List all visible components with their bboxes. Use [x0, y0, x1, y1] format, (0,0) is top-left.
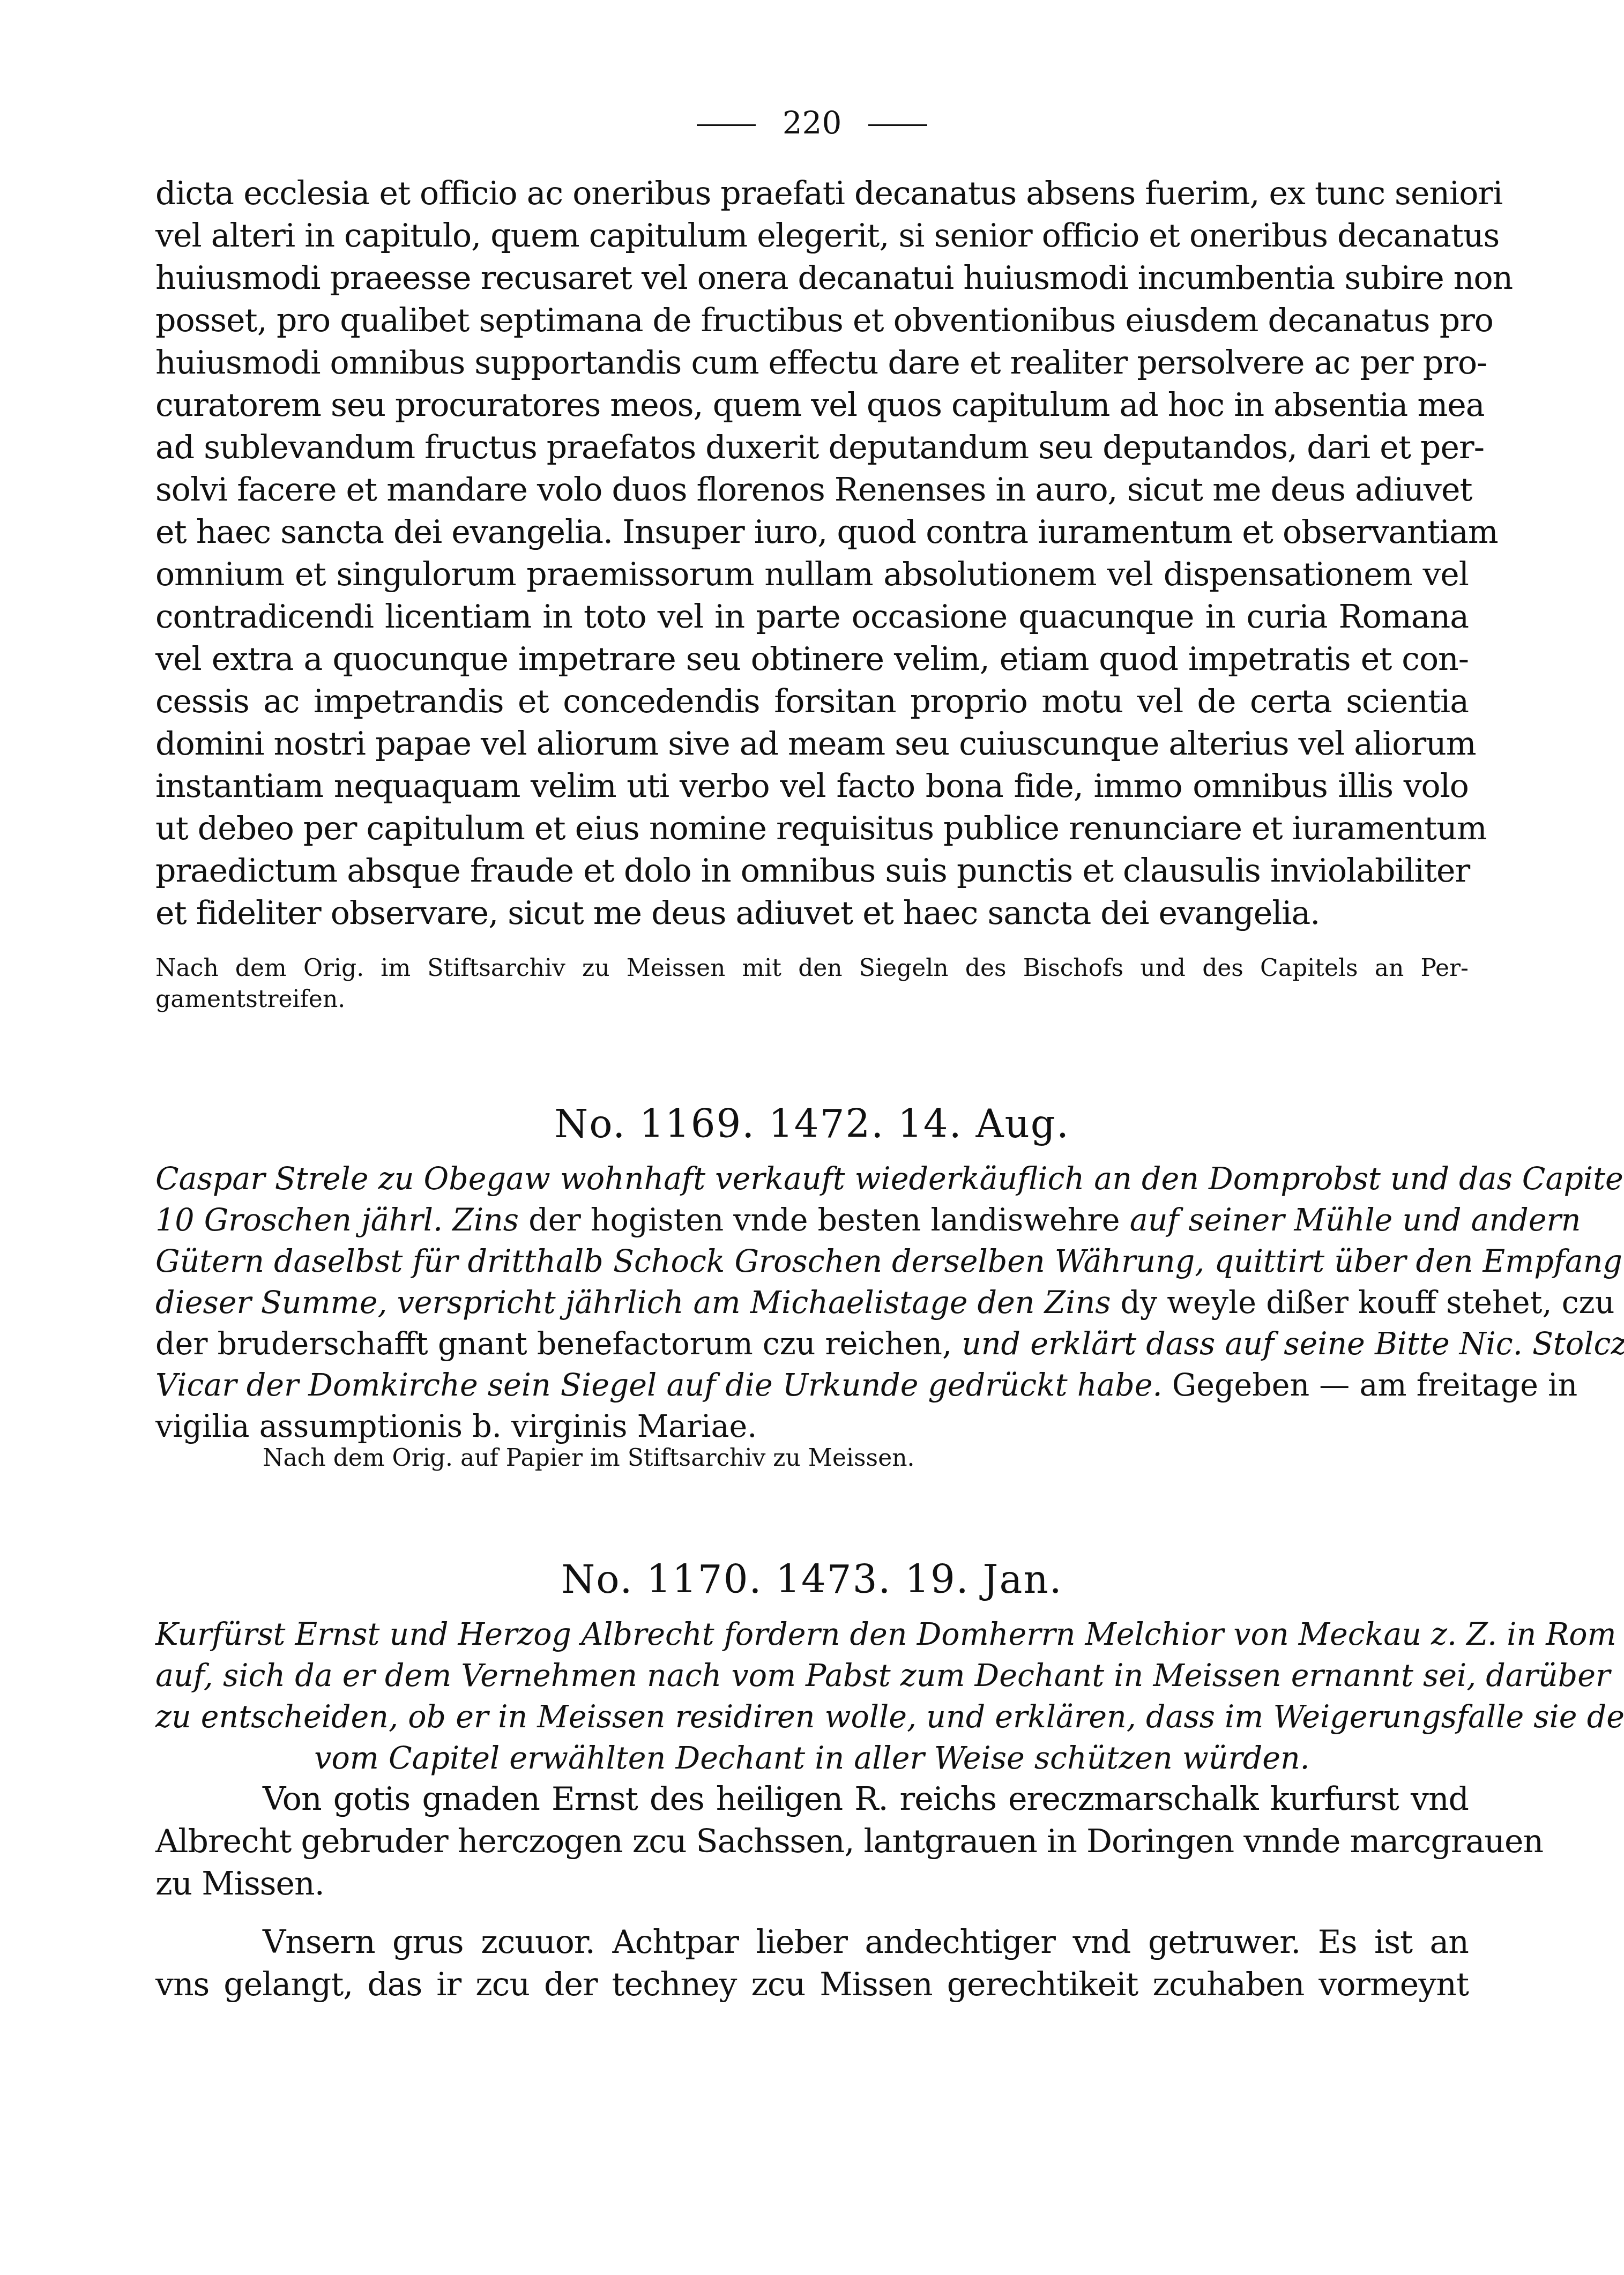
source-note-line: Nach dem Orig. im Stiftsarchiv zu Meisse… [48, 953, 1469, 984]
text-line: huiusmodi praeesse recusaret vel onera d… [155, 257, 1469, 300]
summary-line: dieser Summe, verspricht jährlich am Mic… [155, 1282, 1469, 1324]
summary-line: zu entscheiden, ob er in Meissen residir… [155, 1697, 1469, 1738]
text-line: Von gotis gnaden Ernst des heiligen R. r… [155, 1778, 1469, 1821]
text-line: curatorem seu procuratores meos, quem ve… [155, 384, 1469, 427]
summary-line: vom Capitel erwählten Dechant in aller W… [155, 1738, 1469, 1779]
page-number-text: 220 [783, 105, 842, 141]
summary-italic: Vicar der Domkirche sein Siegel auf die … [155, 1368, 1163, 1403]
document-summary-1170: Kurfürst Ernst und Herzog Albrecht forde… [155, 1614, 1469, 1779]
summary-italic: 10 Groschen jährl. Zins [155, 1203, 519, 1238]
text-line: Albrecht gebruder herczogen zcu Sachssen… [155, 1821, 1469, 1863]
text-line: contradicendi licentiam in toto vel in p… [155, 596, 1469, 638]
page-number: 220 [155, 105, 1469, 141]
summary-italic: auf seiner Mühle und andern [1130, 1203, 1581, 1238]
text-line: ut debeo per capitulum et eius nomine re… [155, 808, 1469, 850]
text-line: cessis ac impetrandis et concedendis for… [155, 681, 1469, 723]
summary-line: vigilia assumptionis b. virginis Mariae. [155, 1406, 1469, 1448]
summary-line: Kurfürst Ernst und Herzog Albrecht forde… [155, 1614, 1469, 1655]
text-line: huiusmodi omnibus supportandis cum effec… [155, 342, 1469, 384]
summary-roman: Gegeben — am freitage in [1163, 1368, 1577, 1403]
summary-line: 10 Groschen jährl. Zins der hogisten vnd… [155, 1200, 1469, 1241]
summary-line: Vicar der Domkirche sein Siegel auf die … [155, 1365, 1469, 1406]
text-line: omnium et singulorum praemissorum nullam… [155, 554, 1469, 596]
document-heading-1170: No. 1170. 1473. 19. Jan. [155, 1557, 1469, 1602]
text-line: vns gelangt, das ir zcu der techney zcu … [155, 1964, 1469, 2006]
text-line: dicta ecclesia et officio ac oneribus pr… [155, 173, 1469, 215]
summary-italic: dieser Summe, verspricht jährlich am Mic… [155, 1285, 1111, 1321]
summary-italic: und erklärt dass auf seine Bitte Nic. St… [962, 1326, 1624, 1362]
source-note-line: gamentstreifen. [155, 984, 1469, 1015]
page-number-dash-right [868, 124, 927, 126]
text-line: Vnsern grus zcuuor. Achtpar lieber andec… [155, 1921, 1469, 1964]
summary-line: Caspar Strele zu Obegaw wohnhaft verkauf… [155, 1159, 1469, 1200]
text-line: domini nostri papae vel aliorum sive ad … [155, 723, 1469, 765]
text-line: instantiam nequaquam velim uti verbo vel… [155, 765, 1469, 808]
source-note-1169: Nach dem Orig. auf Papier im Stiftsarchi… [155, 1443, 1469, 1474]
document-summary-1169: Caspar Strele zu Obegaw wohnhaft verkauf… [155, 1159, 1469, 1448]
summary-roman: der bruderschafft gnant benefactorum czu… [155, 1326, 962, 1362]
summary-line: der bruderschafft gnant benefactorum czu… [155, 1324, 1469, 1365]
text-line: solvi facere et mandare volo duos floren… [155, 469, 1469, 511]
text-line: vel alteri in capitulo, quem capitulum e… [155, 215, 1469, 257]
source-note-1168: Nach dem Orig. im Stiftsarchiv zu Meisse… [155, 953, 1469, 1015]
document-heading-1169: No. 1169. 1472. 14. Aug. [155, 1101, 1469, 1146]
text-line: ad sublevandum fructus praefatos duxerit… [155, 427, 1469, 469]
summary-line: Gütern daselbst für dritthalb Schock Gro… [155, 1241, 1469, 1282]
text-line: praedictum absque fraude et dolo in omni… [155, 850, 1469, 892]
text-line: et fideliter observare, sicut me deus ad… [155, 892, 1469, 935]
continuation-text: dicta ecclesia et officio ac oneribus pr… [155, 173, 1469, 935]
text-line: posset, pro qualibet septimana de fructi… [155, 300, 1469, 342]
summary-roman: der hogisten vnde besten landiswehre [519, 1203, 1130, 1238]
text-line: et haec sancta dei evangelia. Insuper iu… [155, 511, 1469, 554]
summary-roman: dy weyle dißer kouff stehet, czu [1111, 1285, 1614, 1321]
text-line: zu Missen. [155, 1863, 1469, 1905]
text-line: vel extra a quocunque impetrare seu obti… [155, 638, 1469, 681]
page-number-dash-left [697, 124, 756, 126]
summary-line: auf, sich da er dem Vernehmen nach vom P… [155, 1655, 1469, 1697]
document-text-1170: Von gotis gnaden Ernst des heiligen R. r… [155, 1778, 1469, 2006]
